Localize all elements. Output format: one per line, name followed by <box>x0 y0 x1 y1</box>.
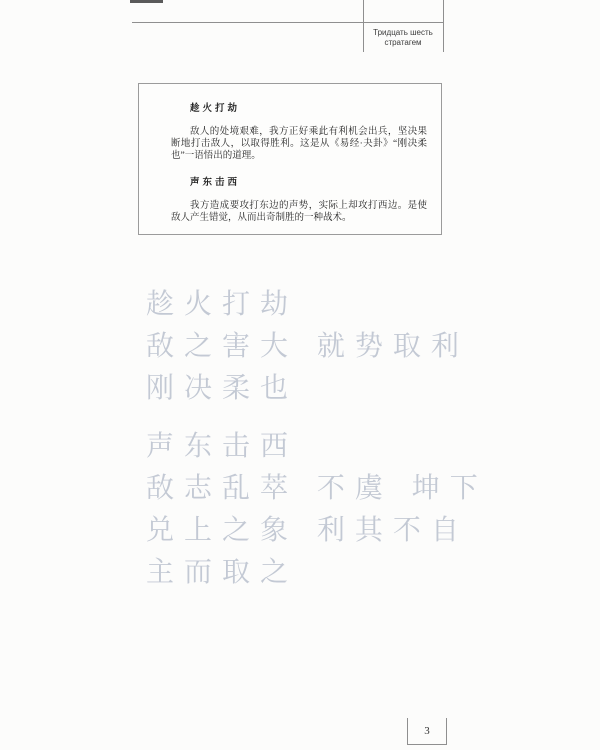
header-divider-right <box>443 0 444 52</box>
scan-artifact <box>130 0 163 3</box>
book-page: Тридцать шесть стратагем 趁火打劫 敌人的处境艰难，我方… <box>0 0 600 750</box>
stratagem-body-1: 敌人的处境艰难，我方正好乘此有利机会出兵，坚决果断地打击敌人，以取得胜利。这是从… <box>171 126 427 162</box>
practice-line: 声东击西 <box>146 425 488 467</box>
practice-line: 兑上之象 利其不自 <box>146 509 488 551</box>
stratagem-title-2: 声东击西 <box>171 174 427 188</box>
running-head-line1: Тридцать шесть <box>363 28 443 38</box>
practice-line: 敌之害大 就势取利 <box>146 325 469 367</box>
stratagem-info-box: 趁火打劫 敌人的处境艰难，我方正好乘此有利机会出兵，坚决果断地打击敌人，以取得胜… <box>138 83 442 235</box>
running-head: Тридцать шесть стратагем <box>363 28 443 48</box>
practice-line: 主而取之 <box>146 551 488 593</box>
stratagem-body-2: 我方造成要攻打东边的声势，实际上却攻打西边。是使敌人产生错觉，从而出奇制胜的一种… <box>171 200 427 224</box>
stratagem-section-2: 声东击西 我方造成要攻打东边的声势，实际上却攻打西边。是使敌人产生错觉，从而出奇… <box>171 174 427 224</box>
stratagem-title-1: 趁火打劫 <box>171 100 427 114</box>
practice-line: 敌志乱萃 不虞 坤下 <box>146 467 488 509</box>
practice-line: 刚决柔也 <box>146 367 469 409</box>
page-footer: 3 <box>407 718 447 745</box>
practice-line: 趁火打劫 <box>146 283 469 325</box>
running-head-line2: стратагем <box>363 38 443 48</box>
header-rule <box>132 22 443 23</box>
stratagem-section-1: 趁火打劫 敌人的处境艰难，我方正好乘此有利机会出兵，坚决果断地打击敌人，以取得胜… <box>171 100 427 162</box>
handwriting-practice-group-1: 趁火打劫 敌之害大 就势取利 刚决柔也 <box>146 283 469 409</box>
handwriting-practice-group-2: 声东击西 敌志乱萃 不虞 坤下 兑上之象 利其不自 主而取之 <box>146 425 488 593</box>
page-number: 3 <box>424 725 430 737</box>
